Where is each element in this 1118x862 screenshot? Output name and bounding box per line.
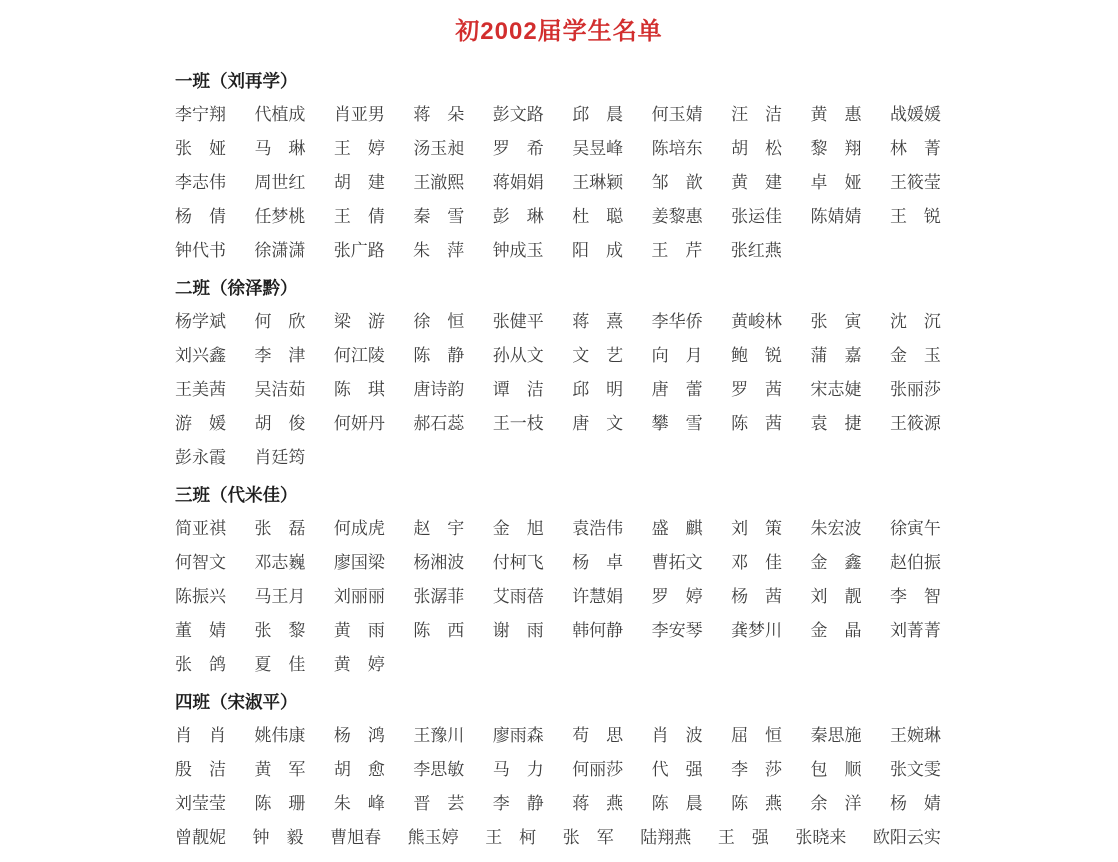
student-name: 张红燕: [731, 234, 782, 268]
student-name: 王 锐: [890, 200, 941, 234]
student-name-list: 一班（刘再学）李宁翔代植成肖亚男蒋 朵彭文路邱 晨何玉婧汪 洁黄 惠战媛媛张 娅…: [175, 64, 941, 855]
student-name: 阳 成: [572, 234, 623, 268]
student-name: 姜黎惠: [652, 200, 703, 234]
student-name: 杨湘波: [413, 546, 464, 580]
student-name: 孙从文: [493, 339, 544, 373]
student-name: 梁 游: [334, 305, 385, 339]
student-name: 何成虎: [334, 512, 385, 546]
student-name: 林 菁: [890, 132, 941, 166]
student-name: 杨 婧: [890, 787, 941, 821]
student-name: 胡 俊: [254, 407, 305, 441]
student-name: 钟 毅: [253, 821, 304, 855]
student-name: 鲍 锐: [731, 339, 782, 373]
student-name: 黄 军: [254, 753, 305, 787]
name-row: 钟代书徐潇潇张广路朱 萍钟成玉阳 成王 芹张红燕: [175, 234, 941, 268]
student-name: 袁浩伟: [572, 512, 623, 546]
student-name: 张潺菲: [413, 580, 464, 614]
student-name: 李 津: [254, 339, 305, 373]
name-row: 董 婧张 黎黄 雨陈 西谢 雨韩何静李安琴龚梦川金 晶刘菁菁: [175, 614, 941, 648]
student-name: 朱 萍: [413, 234, 464, 268]
student-name: 廖雨森: [493, 719, 544, 753]
name-row: 彭永霞肖廷筠: [175, 441, 941, 475]
student-name: 邱 明: [572, 373, 623, 407]
page-title: 初2002届学生名单: [0, 0, 1118, 52]
student-name: 徐潇潇: [254, 234, 305, 268]
student-name: 沈 沉: [890, 305, 941, 339]
student-name: 龚梦川: [731, 614, 782, 648]
student-name: 马 琳: [254, 132, 305, 166]
student-name: 王豫川: [413, 719, 464, 753]
student-name: 张文雯: [890, 753, 941, 787]
name-row: 何智文邓志巍廖国梁杨湘波付柯飞杨 卓曹拓文邓 佳金 鑫赵伯振: [175, 546, 941, 580]
section-header: 一班（刘再学）: [175, 64, 941, 98]
student-name: 廖国梁: [334, 546, 385, 580]
student-name: 邓志巍: [254, 546, 305, 580]
name-row: 曾靓妮钟 毅曹旭春熊玉婷王 柯张 军陆翔燕王 强张晓来欧阳云实: [175, 821, 941, 855]
student-name: 李 智: [890, 580, 941, 614]
student-name: 陆翔燕: [640, 821, 691, 855]
student-name: 王 柯: [485, 821, 536, 855]
student-name: 唐诗韵: [413, 373, 464, 407]
student-name: 屈 恒: [731, 719, 782, 753]
student-name: 王 倩: [334, 200, 385, 234]
student-name: 杨学斌: [175, 305, 226, 339]
student-name: 谭 洁: [493, 373, 544, 407]
student-name: 任梦桃: [254, 200, 305, 234]
student-name: 游 媛: [175, 407, 226, 441]
name-row: 王美茜吴洁茹陈 琪唐诗韵谭 洁邱 明唐 蕾罗 茜宋志婕张丽莎: [175, 373, 941, 407]
student-name: 王 芹: [651, 234, 702, 268]
student-name: 郝石蕊: [413, 407, 464, 441]
student-name: 王美茜: [175, 373, 226, 407]
student-name: 肖廷筠: [254, 441, 305, 475]
student-name: 杜 聪: [572, 200, 623, 234]
student-name: 杨 鸿: [334, 719, 385, 753]
student-name: 周世红: [254, 166, 305, 200]
name-row: 刘莹莹陈 珊朱 峰晋 芸李 静蒋 燕陈 晨陈 燕余 洋杨 婧: [175, 787, 941, 821]
student-name: 汤玉昶: [413, 132, 464, 166]
student-name: 肖 肖: [175, 719, 226, 753]
student-name: 艾雨蓓: [493, 580, 544, 614]
student-name: 熊玉婷: [408, 821, 459, 855]
student-name: 黄 建: [731, 166, 782, 200]
student-name: 陈 静: [413, 339, 464, 373]
student-name: 彭文路: [493, 98, 544, 132]
student-name: 唐 文: [572, 407, 623, 441]
student-name: 赵 宇: [413, 512, 464, 546]
student-name: 秦思施: [811, 719, 862, 753]
student-name: 罗 茜: [731, 373, 782, 407]
name-row: 张 娅马 琳王 婷汤玉昶罗 希吴昱峰陈培东胡 松黎 翔林 菁: [175, 132, 941, 166]
student-name: 夏 佳: [254, 648, 305, 682]
section-header: 二班（徐泽黔）: [175, 271, 941, 305]
student-name: 攀 雪: [652, 407, 703, 441]
student-name: 张健平: [493, 305, 544, 339]
name-row: 肖 肖姚伟康杨 鸿王豫川廖雨森苟 思肖 波屈 恒秦思施王婉琳: [175, 719, 941, 753]
student-name: 马王月: [254, 580, 305, 614]
student-name: 张 鸽: [175, 648, 226, 682]
name-row: 杨 倩任梦桃王 倩秦 雪彭 琳杜 聪姜黎惠张运佳陈婧婧王 锐: [175, 200, 941, 234]
student-name: 战媛媛: [890, 98, 941, 132]
student-name: 杨 倩: [175, 200, 226, 234]
student-name: 蒋娟娟: [493, 166, 544, 200]
student-name: 蒋 熹: [572, 305, 623, 339]
student-name: 刘兴鑫: [175, 339, 226, 373]
student-name: 黄 惠: [811, 98, 862, 132]
student-name: 蒋 燕: [572, 787, 623, 821]
student-name: 罗 希: [493, 132, 544, 166]
student-name: 张 黎: [254, 614, 305, 648]
section-header: 四班（宋淑平）: [175, 685, 941, 719]
student-name: 张 磊: [254, 512, 305, 546]
section-header: 三班（代米佳）: [175, 478, 941, 512]
class-section: 二班（徐泽黔）杨学斌何 欣梁 游徐 恒张健平蒋 熹李华侨黄峻林张 寅沈 沉刘兴鑫…: [175, 271, 941, 475]
name-row: 李志伟周世红胡 建王澈熙蒋娟娟王琳颖邹 歆黄 建卓 娅王筱莹: [175, 166, 941, 200]
student-name: 代 强: [652, 753, 703, 787]
class-section: 四班（宋淑平）肖 肖姚伟康杨 鸿王豫川廖雨森苟 思肖 波屈 恒秦思施王婉琳殷 洁…: [175, 685, 941, 855]
student-name: 王筱源: [890, 407, 941, 441]
student-name: 秦 雪: [413, 200, 464, 234]
student-name: 王一枝: [493, 407, 544, 441]
name-row: 陈振兴马王月刘丽丽张潺菲艾雨蓓许慧娟罗 婷杨 茜刘 靓李 智: [175, 580, 941, 614]
student-name: 陈 晨: [652, 787, 703, 821]
student-name: 陈 珊: [254, 787, 305, 821]
student-name: 汪 洁: [731, 98, 782, 132]
student-name: 何玉婧: [652, 98, 703, 132]
student-name: 黄峻林: [731, 305, 782, 339]
document-page: 初2002届学生名单 一班（刘再学）李宁翔代植成肖亚男蒋 朵彭文路邱 晨何玉婧汪…: [0, 0, 1118, 862]
student-name: 文 艺: [572, 339, 623, 373]
student-name: 李安琴: [652, 614, 703, 648]
student-name: 张 寅: [811, 305, 862, 339]
student-name: 金 旭: [493, 512, 544, 546]
student-name: 吴昱峰: [572, 132, 623, 166]
student-name: 陈 茜: [731, 407, 782, 441]
student-name: 黎 翔: [811, 132, 862, 166]
student-name: 宋志婕: [811, 373, 862, 407]
name-row: 张 鸽夏 佳黄 婷: [175, 648, 941, 682]
student-name: 吴洁茹: [254, 373, 305, 407]
student-name: 何江陵: [334, 339, 385, 373]
student-name: 彭永霞: [175, 441, 226, 475]
student-name: 李宁翔: [175, 98, 226, 132]
student-name: 李 静: [493, 787, 544, 821]
student-name: 张丽莎: [890, 373, 941, 407]
student-name: 马 力: [493, 753, 544, 787]
student-name: 钟成玉: [493, 234, 544, 268]
student-name: 陈婧婧: [811, 200, 862, 234]
student-name: 刘菁菁: [890, 614, 941, 648]
name-row: 简亚祺张 磊何成虎赵 宇金 旭袁浩伟盛 麒刘 策朱宏波徐寅午: [175, 512, 941, 546]
student-name: 张广路: [334, 234, 385, 268]
student-name: 李志伟: [175, 166, 226, 200]
student-name: 陈 西: [413, 614, 464, 648]
student-name: 向 月: [652, 339, 703, 373]
student-name: 蒋 朵: [413, 98, 464, 132]
student-name: 何智文: [175, 546, 226, 580]
student-name: 李华侨: [652, 305, 703, 339]
student-name: 邓 佳: [731, 546, 782, 580]
student-name: 黄 雨: [334, 614, 385, 648]
student-name: 黄 婷: [334, 648, 385, 682]
name-row: 杨学斌何 欣梁 游徐 恒张健平蒋 熹李华侨黄峻林张 寅沈 沉: [175, 305, 941, 339]
student-name: 陈 琪: [334, 373, 385, 407]
student-name: 陈振兴: [175, 580, 226, 614]
student-name: 王琳颖: [572, 166, 623, 200]
student-name: 张 娅: [175, 132, 226, 166]
student-name: 肖亚男: [334, 98, 385, 132]
student-name: 彭 琳: [493, 200, 544, 234]
student-name: 唐 蕾: [652, 373, 703, 407]
student-name: 胡 松: [731, 132, 782, 166]
student-name: 李思敏: [413, 753, 464, 787]
student-name: 董 婧: [175, 614, 226, 648]
student-name: 陈培东: [652, 132, 703, 166]
student-name: 许慧娟: [572, 580, 623, 614]
student-name: 袁 捷: [811, 407, 862, 441]
name-row: 刘兴鑫李 津何江陵陈 静孙从文文 艺向 月鲍 锐蒲 嘉金 玉: [175, 339, 941, 373]
student-name: 何 欣: [254, 305, 305, 339]
student-name: 钟代书: [175, 234, 226, 268]
student-name: 余 洋: [811, 787, 862, 821]
student-name: 徐 恒: [413, 305, 464, 339]
student-name: 王澈熙: [413, 166, 464, 200]
student-name: 姚伟康: [254, 719, 305, 753]
student-name: 晋 芸: [413, 787, 464, 821]
student-name: 谢 雨: [493, 614, 544, 648]
student-name: 包 顺: [811, 753, 862, 787]
student-name: 何妍丹: [334, 407, 385, 441]
student-name: 盛 麒: [652, 512, 703, 546]
student-name: 胡 建: [334, 166, 385, 200]
student-name: 张运佳: [731, 200, 782, 234]
student-name: 金 玉: [890, 339, 941, 373]
student-name: 代植成: [254, 98, 305, 132]
student-name: 曹拓文: [652, 546, 703, 580]
student-name: 朱宏波: [811, 512, 862, 546]
name-row: 殷 洁黄 军胡 愈李思敏马 力何丽莎代 强李 莎包 顺张文雯: [175, 753, 941, 787]
student-name: 刘 靓: [811, 580, 862, 614]
student-name: 赵伯振: [890, 546, 941, 580]
student-name: 曹旭春: [330, 821, 381, 855]
student-name: 刘莹莹: [175, 787, 226, 821]
student-name: 曾靓妮: [175, 821, 226, 855]
student-name: 欧阳云实: [873, 821, 941, 855]
student-name: 陈 燕: [731, 787, 782, 821]
student-name: 徐寅午: [890, 512, 941, 546]
student-name: 刘丽丽: [334, 580, 385, 614]
student-name: 殷 洁: [175, 753, 226, 787]
student-name: 何丽莎: [572, 753, 623, 787]
student-name: 李 莎: [731, 753, 782, 787]
student-name: 杨 卓: [572, 546, 623, 580]
student-name: 金 鑫: [811, 546, 862, 580]
student-name: 卓 娅: [811, 166, 862, 200]
name-row: 游 媛胡 俊何妍丹郝石蕊王一枝唐 文攀 雪陈 茜袁 捷王筱源: [175, 407, 941, 441]
student-name: 肖 波: [652, 719, 703, 753]
student-name: 王 婷: [334, 132, 385, 166]
student-name: 王 强: [718, 821, 769, 855]
student-name: 罗 婷: [652, 580, 703, 614]
student-name: 张晓来: [795, 821, 846, 855]
student-name: 金 晶: [811, 614, 862, 648]
student-name: 王婉琳: [890, 719, 941, 753]
student-name: 蒲 嘉: [811, 339, 862, 373]
student-name: 苟 思: [572, 719, 623, 753]
student-name: 简亚祺: [175, 512, 226, 546]
student-name: 邱 晨: [572, 98, 623, 132]
student-name: 王筱莹: [890, 166, 941, 200]
student-name: 邹 歆: [652, 166, 703, 200]
student-name: 朱 峰: [334, 787, 385, 821]
student-name: 胡 愈: [334, 753, 385, 787]
student-name: 付柯飞: [493, 546, 544, 580]
student-name: 韩何静: [572, 614, 623, 648]
class-section: 三班（代米佳）简亚祺张 磊何成虎赵 宇金 旭袁浩伟盛 麒刘 策朱宏波徐寅午何智文…: [175, 478, 941, 682]
student-name: 张 军: [563, 821, 614, 855]
student-name: 杨 茜: [731, 580, 782, 614]
student-name: 刘 策: [731, 512, 782, 546]
name-row: 李宁翔代植成肖亚男蒋 朵彭文路邱 晨何玉婧汪 洁黄 惠战媛媛: [175, 98, 941, 132]
class-section: 一班（刘再学）李宁翔代植成肖亚男蒋 朵彭文路邱 晨何玉婧汪 洁黄 惠战媛媛张 娅…: [175, 64, 941, 268]
